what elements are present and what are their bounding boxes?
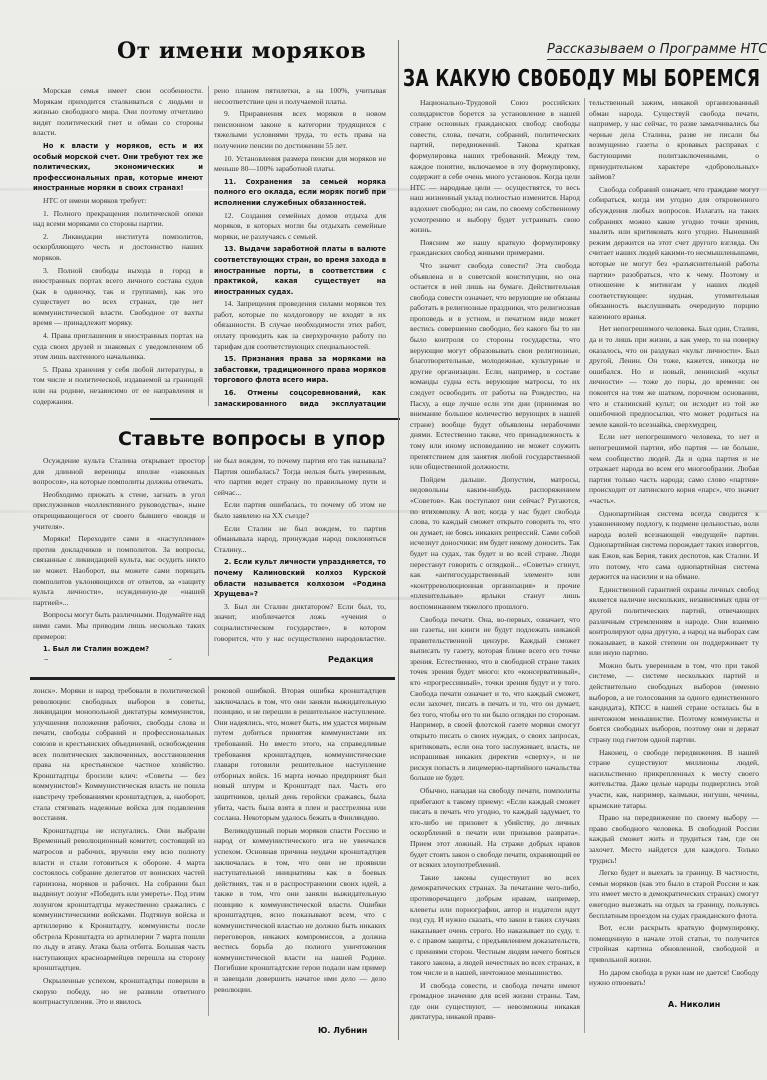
demand-item-bold: 15. Признания права за моряками на забас… xyxy=(214,354,386,386)
demand-item: 4. Права приглашения в иностранных порта… xyxy=(33,331,203,363)
rubric-ntc-program: Рассказываем о Программе НТС xyxy=(547,42,759,60)
signature-author-lubnin: Ю. Лубнин xyxy=(318,1026,367,1035)
paragraph: Если Сталин не был вождем, то партия обм… xyxy=(214,524,386,556)
paragraph: не был вождем, то почему партия его так … xyxy=(214,456,386,498)
headline-freedom: ЗА КАКУЮ СВОБОДУ МЫ БОРЕМСЯ xyxy=(403,66,760,92)
sailors-column-1: Морская семья имеет свои особенности. Мо… xyxy=(33,86,203,408)
demand-item: 5. Права хранения у себя любой литератур… xyxy=(33,365,203,407)
paragraph-bold: Но к власти у моряков, есть и их особый … xyxy=(33,141,203,194)
kronstadt-column-1: лонск». Моряки и народ требовали в полит… xyxy=(33,686,205,1026)
demand-item-bold: 11. Сохранения за семьей моряка полного … xyxy=(214,177,386,209)
paragraph: Право на передвижение по своему выбору —… xyxy=(589,813,759,866)
demand-item: 1. Полного прекращения политической опек… xyxy=(33,209,203,230)
paragraph: И свобода совести, и свобода печати имею… xyxy=(410,981,580,1023)
paragraph: Вот, если раскрыть краткую формулировку,… xyxy=(589,923,759,965)
column-divider xyxy=(208,86,209,406)
demand-item: 10. Установления размера пенсии для моря… xyxy=(214,154,386,175)
paragraph: Легко будет и выехать за границу. В част… xyxy=(589,868,759,921)
paragraph: Национально-Трудовой Союз российских сол… xyxy=(410,98,580,236)
paragraph: Кронштадтцы не испугались. Они выбрали В… xyxy=(33,826,205,974)
questions-column-1: Осуждение культа Сталина открывает прост… xyxy=(33,456,205,660)
question-heading: 2. Если культ личности упраздняется, то … xyxy=(214,557,386,599)
paragraph: роковой ошибкой. Вторая ошибка кронштадт… xyxy=(214,686,386,824)
demand-item: 12. Создания семейных домов отдыха для м… xyxy=(214,211,386,243)
paragraph: Но даром свобода в руки нам не дается! С… xyxy=(589,968,759,989)
signature-author-nikolin: А. Николин xyxy=(668,1000,720,1009)
paragraph: Можно быть уверенным в том, что при тако… xyxy=(589,661,759,746)
paragraph: Что значит свобода совести? Эта свобода … xyxy=(410,261,580,473)
demand-item-bold: 13. Выдачи заработной платы в валюте соо… xyxy=(214,244,386,297)
paragraph: тельственный зажим, никакой организованн… xyxy=(589,98,759,183)
paragraph: Морская семья имеет свои особенности. Мо… xyxy=(33,86,203,139)
paragraph: лонск». Моряки и народ требовали в полит… xyxy=(33,686,205,824)
questions-column-2: не был вождем, то почему партия его так … xyxy=(214,456,386,646)
demand-item: 9. Приравнения всех моряков в новом пенс… xyxy=(214,109,386,151)
demand-item: 14. Запрещения проведения силами моряков… xyxy=(214,299,386,352)
section-rule xyxy=(30,677,395,680)
paragraph: Если партия ошибалась, то почему об этом… xyxy=(214,500,386,521)
newspaper-page: От имени моряков Морская семья имеет сво… xyxy=(0,0,767,1080)
paragraph: 3. Был ли Сталин диктатором? Если был, т… xyxy=(214,602,386,646)
paragraph: Свобода собраний означает, что граждане … xyxy=(589,185,759,323)
paragraph: Поясним же нашу краткую формулировку гра… xyxy=(410,238,580,259)
column-divider xyxy=(208,686,209,1016)
section-rule xyxy=(150,418,400,420)
column-divider xyxy=(584,98,585,1033)
question-heading: 1. Был ли Сталин вождем? xyxy=(33,644,205,655)
paragraph: НТС от имени моряков требует: xyxy=(33,196,203,207)
freedom-column-1: Национально-Трудовой Союз российских сол… xyxy=(410,98,580,1038)
paragraph: Обычно, нападая на свободу печати, помпо… xyxy=(410,786,580,871)
kronstadt-column-2: роковой ошибкой. Вторая ошибка кронштадт… xyxy=(214,686,386,1016)
paragraph: Вопросы могут быть различными. Подумайте… xyxy=(33,610,205,642)
paragraph: Однопартийная система всегда сводится к … xyxy=(589,509,759,583)
paragraph: Необходимо прижать к стене, загнать в уг… xyxy=(33,490,205,532)
paragraph: Моряки! Переходите сами в «наступление» … xyxy=(33,534,205,608)
demand-item-bold: 16. Отмены соцсоревнований, как замаскир… xyxy=(214,388,386,408)
paragraph: Великодушный порыв моряков спасти Россию… xyxy=(214,826,386,996)
paragraph: Окрыленные успехом, кронштадтцы поверили… xyxy=(33,976,205,1008)
headline-sailors: От имени моряков xyxy=(117,38,366,64)
demand-item: рено планом пятилетки, а на 100%, учитыв… xyxy=(214,86,386,107)
paragraph: Если нет непогрешимого человека, то нет … xyxy=(589,432,759,506)
paragraph: Наконец, о свободе передвижения. В нашей… xyxy=(589,748,759,812)
sailors-column-2: рено планом пятилетки, а на 100%, учитыв… xyxy=(214,86,386,408)
paragraph: Нет непогрешимого человека. Был один, Ст… xyxy=(589,324,759,430)
freedom-column-2: тельственный зажим, никакой организованн… xyxy=(589,98,759,1020)
paragraph: Такие законы существуют во всех демократ… xyxy=(410,873,580,979)
signature-editorial: Редакция xyxy=(328,655,373,664)
paragraph: Свобода печати. Она, во-первых, означает… xyxy=(410,615,580,785)
paragraph: Двадцать пять лет в печати, на собраниях… xyxy=(33,657,205,660)
page-column-divider xyxy=(398,40,399,1040)
demand-item: 3. Полной свободы выхода в город в иност… xyxy=(33,266,203,330)
demand-item: 2. Ликвидации института помполитов, оско… xyxy=(33,232,203,264)
paragraph: Пойдем дальше. Допустим, матросы, недово… xyxy=(410,475,580,613)
paragraph: Единственной гарантией охраны личных сво… xyxy=(589,585,759,659)
headline-questions: Ставьте вопросы в упор xyxy=(118,428,385,450)
paragraph: Осуждение культа Сталина открывает прост… xyxy=(33,456,205,488)
column-divider xyxy=(208,456,209,656)
